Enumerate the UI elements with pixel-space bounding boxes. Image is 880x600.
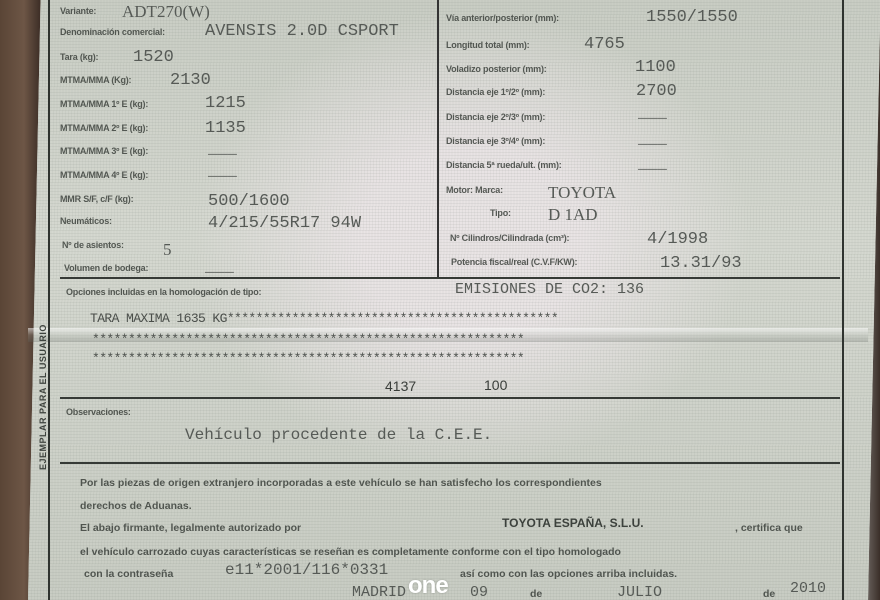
field-label: MMR S/F, c/F (kg):	[60, 194, 133, 204]
section-divider	[60, 397, 840, 399]
field-value: 1215	[205, 94, 246, 113]
field-value: ___	[208, 162, 237, 180]
field-value: ___	[638, 104, 667, 122]
field-value: 4/1998	[647, 230, 708, 249]
cert-line: , certifica que	[735, 522, 803, 534]
code-a: 4137	[385, 378, 416, 394]
field-label: MTMA/MMA 3º E (kg):	[60, 146, 148, 156]
field-label: Variante:	[60, 6, 96, 16]
field-label: Motor: Marca:	[446, 185, 503, 195]
field-value: ___	[638, 130, 667, 148]
field-value: 5	[163, 240, 172, 260]
field-label: Nº de asientos:	[62, 240, 124, 250]
field-label: MTMA/MMA 2º E (kg):	[60, 123, 148, 133]
field-label: Volumen de bodega:	[64, 263, 148, 273]
company-name: TOYOTA ESPAÑA, S.L.U.	[502, 516, 644, 530]
place: MADRID	[352, 584, 406, 600]
field-value: 4/215/55R17 94W	[208, 214, 361, 233]
cert-line: Por las piezas de origen extranjero inco…	[80, 477, 602, 489]
field-label: Voladizo posterior (mm):	[446, 64, 547, 74]
field-label: Distancia 5ª rueda/ult. (mm):	[446, 160, 562, 170]
cert-line: así como con las opciones arriba incluid…	[460, 568, 677, 580]
field-value: 1100	[635, 58, 676, 77]
code-b: 100	[484, 377, 507, 393]
field-label: MTMA/MMA (Kg):	[60, 75, 131, 85]
field-label: Vía anterior/posterior (mm):	[446, 13, 559, 23]
field-value: TOYOTA	[548, 183, 616, 203]
de-label: de	[530, 588, 542, 600]
day: 09	[470, 584, 488, 600]
field-label: Potencia fiscal/real (C.V.F/KW):	[451, 257, 577, 267]
field-value: ___	[638, 155, 667, 173]
field-value: ___	[205, 258, 234, 276]
field-label: Distancia eje 3º/4º (mm):	[446, 136, 545, 146]
field-label: Neumáticos:	[60, 216, 112, 226]
field-value: ADT270(W)	[122, 2, 210, 22]
cert-line: el vehículo carrozado cuyas característi…	[80, 546, 621, 558]
options-line: ****************************************…	[92, 351, 524, 366]
options-label: Opciones incluidas en la homologación de…	[66, 287, 261, 297]
section-divider	[60, 277, 840, 279]
field-value: D 1AD	[548, 205, 598, 225]
watermark-logo: one	[408, 572, 448, 600]
field-label: Tipo:	[490, 208, 511, 218]
observations-label: Observaciones:	[66, 407, 131, 417]
field-label: MTMA/MMA 1º E (kg):	[60, 99, 148, 109]
cert-line: derechos de Aduanas.	[80, 500, 192, 512]
year: 2010	[790, 580, 826, 597]
section-divider	[60, 462, 840, 464]
options-line: ****************************************…	[92, 332, 524, 347]
field-label: Distancia eje 1º/2º (mm):	[446, 87, 545, 97]
field-value: 13.31/93	[660, 254, 742, 273]
de-label: de	[763, 588, 775, 600]
side-label: EJEMPLAR PARA EL USUARIO	[38, 324, 48, 470]
field-value: 2700	[636, 82, 677, 101]
field-value: AVENSIS 2.0D CSPORT	[205, 22, 399, 41]
options-line: TARA MAXIMA 1635 KG*********************…	[90, 311, 558, 326]
field-value: 1135	[205, 119, 246, 138]
cert-line: El abajo firmante, legalmente autorizado…	[80, 522, 301, 534]
field-value: ___	[208, 140, 237, 158]
field-label: MTMA/MMA 4º E (kg):	[60, 170, 148, 180]
field-value: 4765	[584, 35, 625, 54]
field-label: Distancia eje 2º/3º (mm):	[446, 112, 545, 122]
field-label: Tara (kg):	[60, 52, 98, 62]
field-label: Nº Cilindros/Cilindrada (cm³):	[450, 233, 569, 243]
emissions-value: EMISIONES DE CO2: 136	[455, 281, 644, 298]
approval-number: e11*2001/116*0331	[225, 561, 388, 579]
field-value: 1550/1550	[646, 8, 738, 27]
field-value: 500/1600	[208, 192, 290, 211]
field-value: 2130	[170, 71, 211, 90]
field-label: Longitud total (mm):	[446, 40, 529, 50]
field-value: 1520	[133, 48, 174, 67]
observations-text: Vehículo procedente de la C.E.E.	[185, 426, 492, 444]
cert-line: con la contraseña	[84, 568, 173, 580]
month: JULIO	[617, 584, 662, 600]
column-divider	[437, 0, 439, 278]
field-label: Denominación comercial:	[60, 27, 165, 37]
